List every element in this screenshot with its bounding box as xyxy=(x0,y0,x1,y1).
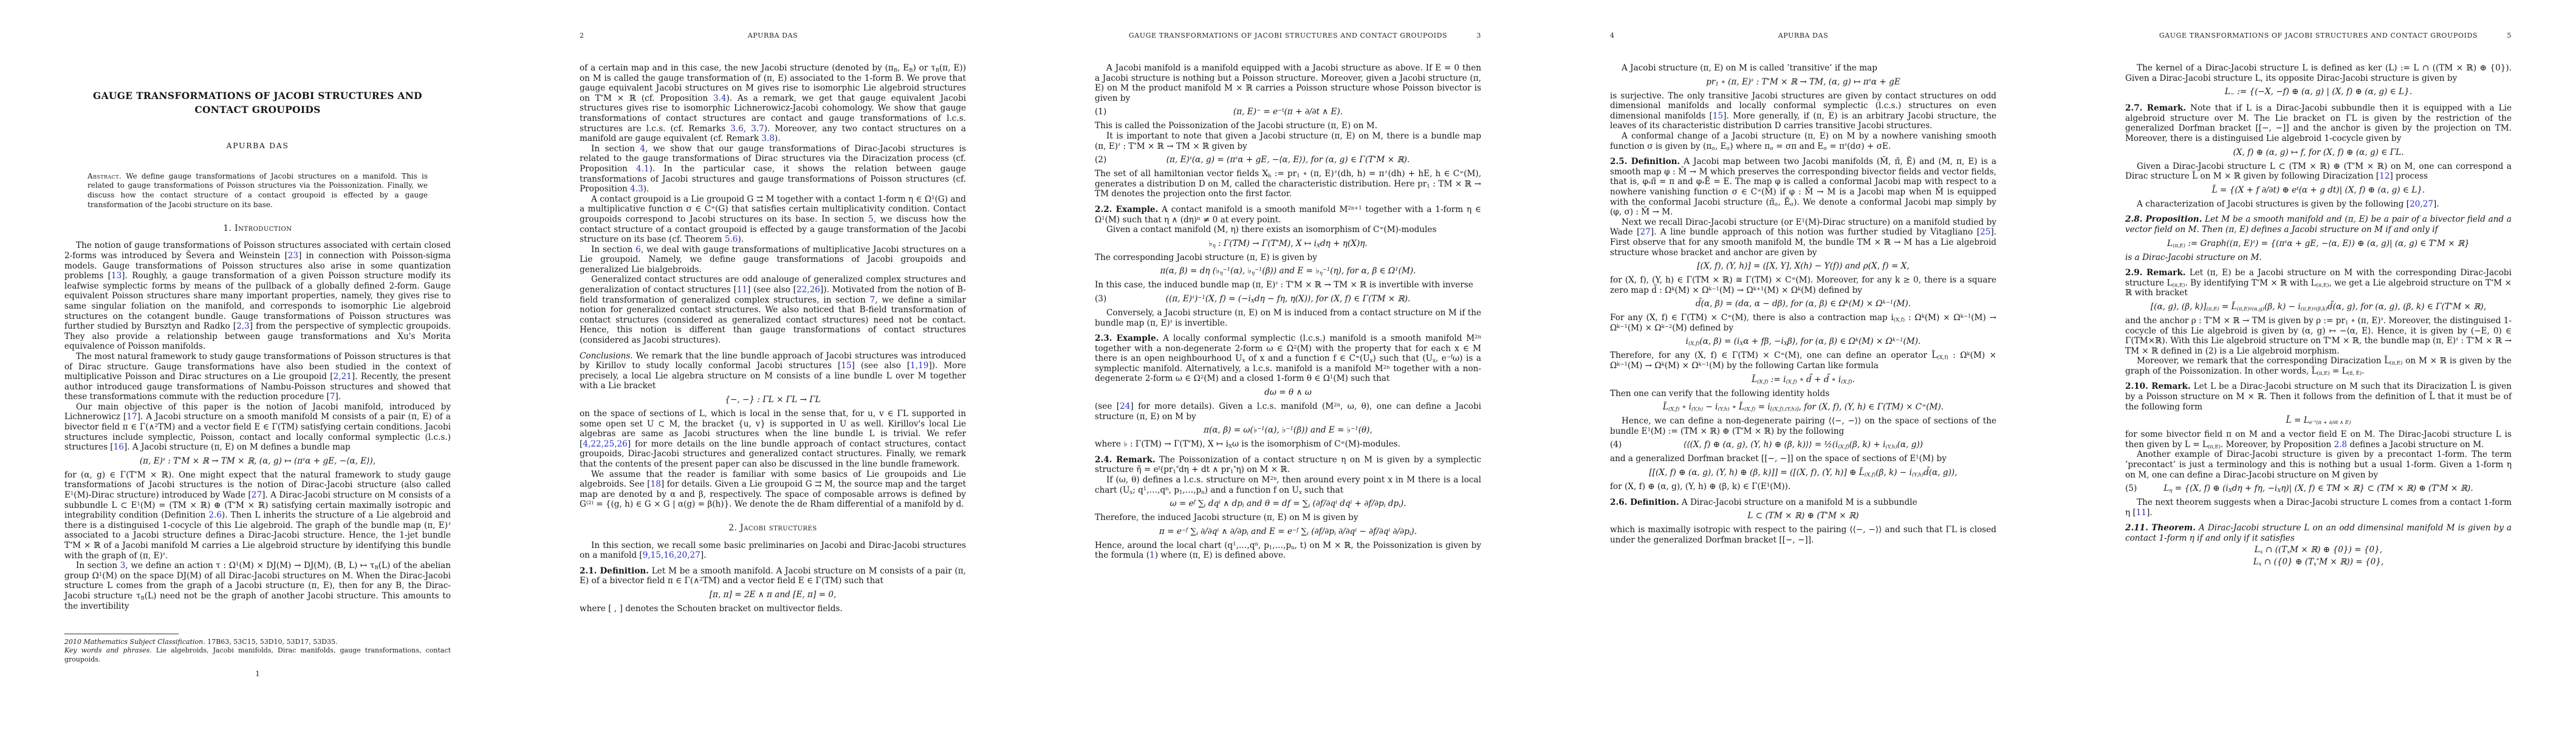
definition-block: 2.4. Remark. The Poissonization of a con… xyxy=(1095,455,1481,475)
footnote: 2010 Mathematics Subject Classification.… xyxy=(64,638,451,647)
paragraph: In section 4, we show that our gauge tra… xyxy=(580,144,966,194)
definition-block: 2.2. Example. A contact manifold is a sm… xyxy=(1095,205,1481,225)
display-equation: L ⊂ (TM × ℝ) ⊕ (T*M × ℝ) xyxy=(1610,510,1996,522)
abstract-label: Abstract. xyxy=(87,172,122,180)
paragraph: In this section, we recall some basic pr… xyxy=(580,541,966,561)
equation-body: (π, E)♯(α, g) = (π♯α + gE, −⟨α, E⟩), for… xyxy=(1166,155,1410,165)
block-label: 2.1. Definition. xyxy=(580,566,649,576)
display-equation: (X, f) ⊕ (α, g) ↦ f, for (X, f) ⊕ (α, g)… xyxy=(2125,147,2512,159)
paragraph: Therefore, the induced Jacobi structure … xyxy=(1095,513,1481,523)
definition-block: 2.3. Example. A locally conformal symple… xyxy=(1095,334,1481,384)
page-2: 2 APURBA DAS of a certain map and in thi… xyxy=(515,0,1030,729)
cross-ref[interactable]: 3.7 xyxy=(751,124,764,134)
running-head: GAUGE TRANSFORMATIONS OF JACOBI STRUCTUR… xyxy=(2125,32,2512,39)
paragraph: for (X, f) ⊕ (α, g), (Y, h) ⊕ (β, k) ∈ Γ… xyxy=(1610,482,1996,492)
paragraph: A Jacobi manifold is a manifold equipped… xyxy=(1095,63,1481,103)
running-head: GAUGE TRANSFORMATIONS OF JACOBI STRUCTUR… xyxy=(1095,32,1481,39)
running-head: APURBA DAS xyxy=(1610,32,1996,39)
paragraph: Hence, around the local chart (q1,…,qn, … xyxy=(1095,541,1481,561)
display-equation: ω = ef ∑i dqi ∧ dpi and θ = df = ∑i (∂f/… xyxy=(1095,498,1481,510)
paragraph: The next theorem suggests when a Dirac-J… xyxy=(2125,498,2512,518)
paragraph: The set of all hamiltonian vector fields… xyxy=(1095,169,1481,199)
cross-ref[interactable]: 1 xyxy=(1149,550,1155,560)
footnote-block: 2010 Mathematics Subject Classification.… xyxy=(64,634,451,665)
paragraph: Conversely, a Jacobi structure (π, E) on… xyxy=(1095,308,1481,328)
cross-ref[interactable]: 5.6 xyxy=(725,234,738,244)
paragraph: This is called the Poissonization of the… xyxy=(1095,121,1481,131)
cross-ref[interactable]: 4.1 xyxy=(636,164,649,174)
citation-ref[interactable]: 27 xyxy=(252,490,262,500)
paragraph: A characterization of Jacobi structures … xyxy=(2125,199,2512,210)
block-label: 2.3. Example. xyxy=(1095,334,1159,343)
paragraph: Moreover, we remark that the correspondi… xyxy=(2125,356,2512,376)
block-label: 2.8. Proposition. xyxy=(2125,214,2202,224)
paragraph: Hence, we can define a non-degenerate pa… xyxy=(1610,416,1996,436)
citation-ref[interactable]: 15 xyxy=(841,361,851,371)
cross-ref[interactable]: 4 xyxy=(640,144,645,154)
conclusions-block: Conclusions. We remark that the line bun… xyxy=(580,351,966,391)
citation-ref[interactable]: 4,22,25,26 xyxy=(583,439,628,449)
display-equation: π(α, β) = dη (♭η−1(α), ♭η−1(β)) and E = … xyxy=(1095,265,1481,277)
paragraph: for (X, f), (Y, h) ∈ Γ(TM × ℝ) ≅ Γ(TM) ×… xyxy=(1610,275,1996,295)
paragraph: is a Dirac-Jacobi structure on M. xyxy=(2125,253,2512,263)
running-head-row xyxy=(64,32,451,41)
display-equation: [(α, g), (β, k)](π,E) = L̃(π,E)♯(α,g)(β,… xyxy=(2125,301,2512,313)
page-3: GAUGE TRANSFORMATIONS OF JACOBI STRUCTUR… xyxy=(1030,0,1546,729)
citation-ref[interactable]: 25 xyxy=(1980,227,1990,237)
display-equation: Lx ∩ ({0} ⊕ (Tx*M × ℝ)) = {0}, xyxy=(2125,556,2512,568)
section-heading: 1. Introduction xyxy=(64,224,451,234)
cross-ref[interactable]: 3.4 xyxy=(713,94,727,103)
citation-ref[interactable]: 11 xyxy=(2136,508,2146,518)
page-number-top-right: 5 xyxy=(2507,32,2512,39)
running-head: APURBA DAS xyxy=(580,32,966,39)
display-equation: [(X, f), (Y, h)] = ([X, Y], X(h) − Y(f))… xyxy=(1610,261,1996,272)
running-head-row: 2 APURBA DAS xyxy=(580,32,966,41)
numbered-equation: (5)Lη = {(X, f) ⊕ (iXdη + fη, −iXη)| (X,… xyxy=(2125,483,2512,495)
paragraph: Another example of Dirac-Jacobi structur… xyxy=(2125,450,2512,480)
display-equation: pr1 ∘ (π, E)♯ : T*M × ℝ → TM, (α, g) ↦ π… xyxy=(1610,77,1996,88)
display-equation: L̃ = Le⁻ᵗ(π + ∂/∂t ∧ E) xyxy=(2125,415,2512,426)
paragraph: The kernel of a Dirac-Jacobi structure L… xyxy=(2125,63,2512,83)
page-content: A Jacobi manifold is a manifold equipped… xyxy=(1095,63,1481,561)
definition-block: 2.10. Remark. Let L be a Dirac-Jacobi st… xyxy=(2125,382,2512,412)
block-label: Conclusions. xyxy=(580,351,633,361)
display-equation: L(π,E) := Graph((π, E)♯) = {(π♯α + gE, −… xyxy=(2125,238,2512,250)
paragraph: where [ , ] denotes the Schouten bracket… xyxy=(580,604,966,614)
citation-ref[interactable]: 27 xyxy=(1640,227,1650,237)
citation-ref[interactable]: 13 xyxy=(111,271,122,281)
footnote: Key words and phrases. Lie algebroids, J… xyxy=(64,646,451,665)
section-heading: 2. Jacobi structures xyxy=(580,523,966,533)
paragraph: Given a Dirac-Jacobi structure L ⊂ (TM ×… xyxy=(2125,162,2512,182)
display-equation: [π, π] = 2E ∧ π and [E, π] = 0, xyxy=(580,589,966,601)
paragraph: for (α, g) ∈ Γ(T*M × ℝ). One might expec… xyxy=(64,470,451,561)
page-content: GAUGE TRANSFORMATIONS OF JACOBI STRUCTUR… xyxy=(64,63,451,611)
citation-ref[interactable]: 9,15,16,20,27 xyxy=(643,550,701,560)
citation-ref[interactable]: 2,3 xyxy=(236,321,250,331)
paragraph: The most natural framework to study gaug… xyxy=(64,352,451,402)
footnote-label: 2010 Mathematics Subject Classification. xyxy=(64,638,205,646)
definition-block: 2.1. Definition. Let M be a smooth manif… xyxy=(580,566,966,586)
citation-ref[interactable]: 18 xyxy=(651,479,661,489)
paragraph: (see [24] for more details). Given a l.c… xyxy=(1095,402,1481,422)
display-equation: L̃(X,f) := i(X,f) ∘ d̃ + d̃ ∘ i(X,f). xyxy=(1610,374,1996,386)
display-equation: d̃(α, β) = (dα, α − dβ), for (α, β) ∈ Ωk… xyxy=(1610,298,1996,310)
citation-ref[interactable]: 23 xyxy=(288,251,298,261)
paragraph: and the anchor ρ : T*M × ℝ → TM is given… xyxy=(2125,316,2512,356)
author-name: APURBA DAS xyxy=(64,141,451,151)
running-head-row: GAUGE TRANSFORMATIONS OF JACOBI STRUCTUR… xyxy=(2125,32,2512,41)
definition-block: 2.7. Remark. Note that if L is a Dirac-J… xyxy=(2125,103,2512,143)
page-content: The kernel of a Dirac-Jacobi structure L… xyxy=(2125,63,2512,569)
paragraph: which is maximally isotropic with respec… xyxy=(1610,525,1996,545)
paragraph: It is important to note that given a Jac… xyxy=(1095,131,1481,151)
paragraph: Generalized contact structures are odd a… xyxy=(580,275,966,345)
block-label: 2.2. Example. xyxy=(1095,205,1158,214)
display-equation: [[(X, f) ⊕ (α, g), (Y, h) ⊕ (β, k)]] = (… xyxy=(1610,467,1996,479)
paragraph: Then one can verify that the following i… xyxy=(1610,389,1996,399)
paragraph: Therefore, for any (X, f) ∈ Γ(TM) × C∞(M… xyxy=(1610,351,1996,371)
paragraph: Given a contact manifold (M, η) there ex… xyxy=(1095,225,1481,235)
display-equation: L− := {(−X, −f) ⊕ (α, g) | (X, f) ⊕ (α, … xyxy=(2125,86,2512,98)
paragraph: In this case, the induced bundle map (π,… xyxy=(1095,280,1481,290)
paragraph: Next we recall Dirac-Jacobi structure (o… xyxy=(1610,217,1996,258)
definition-block: 2.5. Definition. A Jacobi map between tw… xyxy=(1610,157,1996,217)
definition-block: 2.6. Definition. A Dirac-Jacobi structur… xyxy=(1610,498,1996,508)
display-equation: π(α, β) = ω(♭−1(α), ♭−1(β)) and E = ♭−1(… xyxy=(1095,425,1481,436)
display-equation: ♭η : Γ(TM) → Γ(T*M), X ↦ iXdη + η(X)η. xyxy=(1095,238,1481,250)
page-content: of a certain map and in this case, the n… xyxy=(580,63,966,614)
equation-number: (2) xyxy=(1095,154,1106,166)
paragraph: If (ω, θ) defines a l.c.s. structure on … xyxy=(1095,475,1481,495)
citation-ref[interactable]: 22,26 xyxy=(796,285,820,295)
paragraph: A Jacobi structure (π, E) on M is called… xyxy=(1610,63,1996,74)
numbered-equation: (1)(π, E)∼ = e−t(π + ∂/∂t ∧ E). xyxy=(1095,106,1481,118)
paragraph: A contact groupoid is a Lie groupoid G ⇉… xyxy=(580,194,966,245)
cross-ref[interactable]: 5 xyxy=(868,214,874,224)
display-equation: π = e−f ∑i ∂/∂qi ∧ ∂/∂pi and E = e−f ∑i … xyxy=(1095,526,1481,538)
paragraph: is surjective. The only transitive Jacob… xyxy=(1610,91,1996,131)
paragraph: We assume that the reader is familiar wi… xyxy=(580,470,966,510)
paper-spread: arXiv:1801.06681v2 [math-ph] 28 Apr 2018… xyxy=(0,0,2576,729)
equation-body: (π, E)∼ = e−t(π + ∂/∂t ∧ E). xyxy=(1233,107,1343,117)
equation-number: (4) xyxy=(1610,439,1622,451)
display-equation: {−, −} : ΓL × ΓL → ΓL xyxy=(580,394,966,406)
page-number-footer: 1 xyxy=(0,669,515,678)
page-number-top-right: 3 xyxy=(1476,32,1481,39)
citation-ref[interactable]: 7 xyxy=(330,392,335,402)
block-label: 2.5. Definition. xyxy=(1610,157,1680,166)
page-5: GAUGE TRANSFORMATIONS OF JACOBI STRUCTUR… xyxy=(2061,0,2576,729)
display-equation: L̃ = {(X + f ∂/∂t) ⊕ et(α + g dt)| (X, f… xyxy=(2125,185,2512,196)
display-equation: L̃(X,f) ∘ i(Y,h) − i(Y,h) ∘ L̃(X,f) = i[… xyxy=(1610,402,1996,413)
page-1: GAUGE TRANSFORMATIONS OF JACOBI STRUCTUR… xyxy=(0,0,515,729)
footnote-rule xyxy=(64,634,179,634)
numbered-equation: (4)⟨⟨(X, f) ⊕ (α, g), (Y, h) ⊕ (β, k)⟩⟩ … xyxy=(1610,439,1996,451)
citation-ref[interactable]: 16 xyxy=(114,442,124,452)
block-label: 2.11. Theorem. xyxy=(2125,523,2196,533)
paragraph: Our main objective of this paper is the … xyxy=(64,402,451,453)
block-label: 2.6. Definition. xyxy=(1610,498,1679,507)
cross-ref[interactable]: 3.8 xyxy=(761,134,775,143)
block-label: 2.4. Remark. xyxy=(1095,455,1156,465)
paragraph: of a certain map and in this case, the n… xyxy=(580,63,966,144)
display-equation: dω = θ ∧ ω xyxy=(1095,387,1481,399)
paragraph: where ♭ : Γ(TM) → Γ(T*M), X ↦ iXω is the… xyxy=(1095,439,1481,450)
numbered-equation: (3)((π, E)♯)−1(X, f) = (−iXdη − fη, η(X)… xyxy=(1095,293,1481,305)
definition-block: 2.9. Remark. Let (π, E) be a Jacobi stru… xyxy=(2125,268,2512,298)
equation-body: Lη = {(X, f) ⊕ (iXdη + fη, −iXη)| (X, f)… xyxy=(2163,484,2473,493)
theorem-block: 2.8. Proposition. Let M be a smooth mani… xyxy=(2125,214,2512,234)
cross-ref[interactable]: 2.8 xyxy=(2334,440,2348,450)
paragraph: for some bivector field π on M and a vec… xyxy=(2125,430,2512,450)
running-head-row: 4 APURBA DAS xyxy=(1610,32,1996,41)
paragraph: The notion of gauge transformations of P… xyxy=(64,241,451,352)
paper-title: GAUGE TRANSFORMATIONS OF JACOBI STRUCTUR… xyxy=(80,89,435,117)
paragraph: The corresponding Jacobi structure (π, E… xyxy=(1095,253,1481,263)
paragraph: and a generalized Dorfman bracket [[−, −… xyxy=(1610,454,1996,464)
display-equation: Lx ∩ ((TxM × ℝ) ⊕ {0}) = {0}, xyxy=(2125,544,2512,556)
equation-body: ((π, E)♯)−1(X, f) = (−iXdη − fη, η(X)), … xyxy=(1166,294,1411,304)
block-label: 2.10. Remark. xyxy=(2125,382,2191,391)
citation-ref[interactable]: 24 xyxy=(1120,402,1130,411)
paragraph: For any (X, f) ∈ Γ(TM) × C∞(M), there is… xyxy=(1610,313,1996,333)
citation-ref[interactable]: 1,19 xyxy=(910,361,928,371)
page-4: 4 APURBA DAS A Jacobi structure (π, E) o… xyxy=(1546,0,2061,729)
block-label: 2.7. Remark. xyxy=(2125,103,2186,113)
citation-ref[interactable]: 2,21 xyxy=(334,372,352,382)
citation-ref[interactable]: 20,27 xyxy=(2410,199,2433,209)
page-content: A Jacobi structure (π, E) on M is called… xyxy=(1610,63,1996,545)
paragraph: In section 6, we deal with gauge transfo… xyxy=(580,245,966,275)
display-equation: (π, E)♯ : T*M × ℝ → TM × ℝ, (α, g) ↦ (π♯… xyxy=(64,456,451,467)
display-equation: i(X,f)(α, β) = (iXα + fβ, −iXβ), for (α,… xyxy=(1610,336,1996,347)
paragraph: on the space of sections of L, which is … xyxy=(580,409,966,470)
theorem-block: 2.11. Theorem. A Dirac-Jacobi structure … xyxy=(2125,523,2512,543)
running-head-row: GAUGE TRANSFORMATIONS OF JACOBI STRUCTUR… xyxy=(1095,32,1481,41)
cross-ref[interactable]: 4.3 xyxy=(630,184,643,194)
citation-ref[interactable]: 15 xyxy=(1713,111,1723,121)
paragraph: A conformal change of a Jacobi structure… xyxy=(1610,131,1996,151)
block-label: 2.9. Remark. xyxy=(2125,268,2185,278)
citation-ref[interactable]: 17 xyxy=(126,412,137,422)
numbered-equation: (2)(π, E)♯(α, g) = (π♯α + gE, −⟨α, E⟩), … xyxy=(1095,154,1481,166)
cross-ref[interactable]: 2.6 xyxy=(208,510,222,520)
abstract: Abstract. We define gauge transformation… xyxy=(87,172,428,210)
equation-body: ⟨⟨(X, f) ⊕ (α, g), (Y, h) ⊕ (β, k)⟩⟩ = ½… xyxy=(1684,440,1923,450)
equation-number: (5) xyxy=(2125,483,2137,495)
cross-ref[interactable]: 3.6 xyxy=(730,124,744,134)
cross-ref[interactable]: 7 xyxy=(870,295,875,305)
cross-ref[interactable]: 6 xyxy=(635,245,641,255)
citation-ref[interactable]: 12 xyxy=(2379,171,2389,181)
paragraph: In section 3, we define an action τ : Ω1… xyxy=(64,561,451,611)
equation-number: (3) xyxy=(1095,293,1106,305)
equation-number: (1) xyxy=(1095,106,1106,118)
footnote-label: Key words and phrases. xyxy=(64,646,152,654)
cross-ref[interactable]: 3 xyxy=(120,561,126,570)
citation-ref[interactable]: 11 xyxy=(737,285,747,295)
